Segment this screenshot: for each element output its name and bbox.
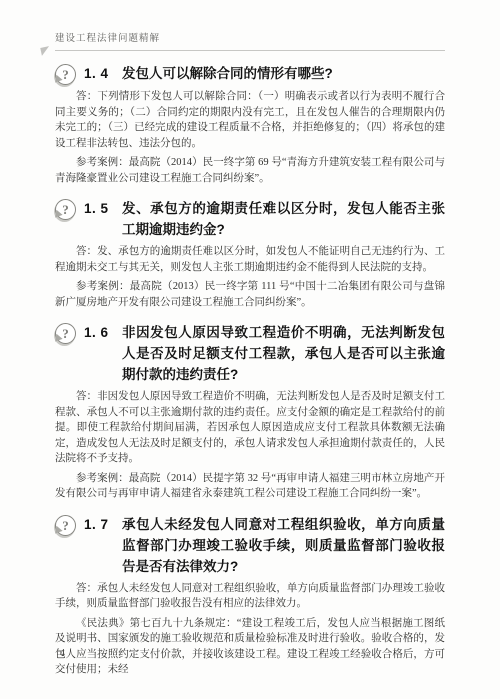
answer-paragraph: 答：下列情形下发包人可以解除合同：（一）明确表示或者以行为表明不履行合同主要义务… [55, 89, 445, 151]
statute-quote-paragraph: 《民法典》第七百九十九条规定：“建设工程竣工后，发包人应当根据施工图纸及说明书、… [55, 616, 445, 678]
page-number: 4 [60, 648, 65, 659]
question-title: 非因发包人原因导致工程造价不明确，无法判断发包人是否及时足额支付工程款，承包人是… [122, 322, 445, 385]
question-number: 1. 4 [84, 63, 114, 84]
question-number: 1. 7 [84, 514, 114, 535]
question-section: ? 1. 5 发、承包方的逾期责任难以区分时，发包人能否主张工期逾期违约金? 答… [55, 198, 445, 310]
question-title: 发、承包方的逾期责任难以区分时，发包人能否主张工期逾期违约金? [122, 198, 445, 240]
question-section: ? 1. 6 非因发包人原因导致工程造价不明确，无法判断发包人是否及时足额支付工… [55, 322, 445, 502]
question-mark-icon: ? [55, 64, 76, 85]
book-page: 建设工程法律问题精解 ? 1. 4 发包人可以解除合同的情形有哪些? 答：下列情… [0, 0, 500, 699]
question-heading: ? 1. 6 非因发包人原因导致工程造价不明确，无法判断发包人是否及时足额支付工… [55, 322, 445, 385]
question-number: 1. 6 [84, 322, 114, 343]
question-title: 承包人未经发包人同意对工程组织验收，单方向质量监督部门办理竣工验收手续，则质量监… [122, 514, 445, 577]
answer-paragraph: 答：发、承包方的逾期责任难以区分时，如发包人不能证明自己无违约行为、工程逾期未交… [55, 244, 445, 275]
answer-paragraph: 答：承包人未经发包人同意对工程组织验收，单方向质量监督部门办理竣工验收手续，则质… [55, 581, 445, 612]
question-heading: ? 1. 4 发包人可以解除合同的情形有哪些? [55, 63, 445, 85]
reference-case-paragraph: 参考案例：最高院（2014）民一终字第 69 号“青海方升建筑安装工程有限公司与… [55, 155, 445, 186]
answer-paragraph: 答：非因发包人原因导致工程造价不明确，无法判断发包人是否及时足额支付工程款、承包… [55, 389, 445, 467]
question-number: 1. 5 [84, 198, 114, 219]
question-mark-icon: ? [55, 515, 76, 536]
question-mark-icon: ? [55, 199, 76, 220]
question-mark-icon: ? [55, 323, 76, 344]
running-head: 建设工程法律问题精解 [55, 30, 445, 51]
corner-marker-icon [40, 46, 50, 56]
question-heading: ? 1. 5 发、承包方的逾期责任难以区分时，发包人能否主张工期逾期违约金? [55, 198, 445, 240]
reference-case-paragraph: 参考案例：最高院（2013）民一终字第 111 号“中国十二冶集团有限公司与盘锦… [55, 279, 445, 310]
question-title: 发包人可以解除合同的情形有哪些? [122, 63, 445, 84]
question-heading: ? 1. 7 承包人未经发包人同意对工程组织验收，单方向质量监督部门办理竣工验收… [55, 514, 445, 577]
book-title: 建设工程法律问题精解 [55, 30, 160, 44]
question-section: ? 1. 4 发包人可以解除合同的情形有哪些? 答：下列情形下发包人可以解除合同… [55, 63, 445, 186]
question-section: ? 1. 7 承包人未经发包人同意对工程组织验收，单方向质量监督部门办理竣工验收… [55, 514, 445, 678]
reference-case-paragraph: 参考案例：最高院（2014）民提字第 32 号“再审申请人福建三明市林立房地产开… [55, 471, 445, 502]
